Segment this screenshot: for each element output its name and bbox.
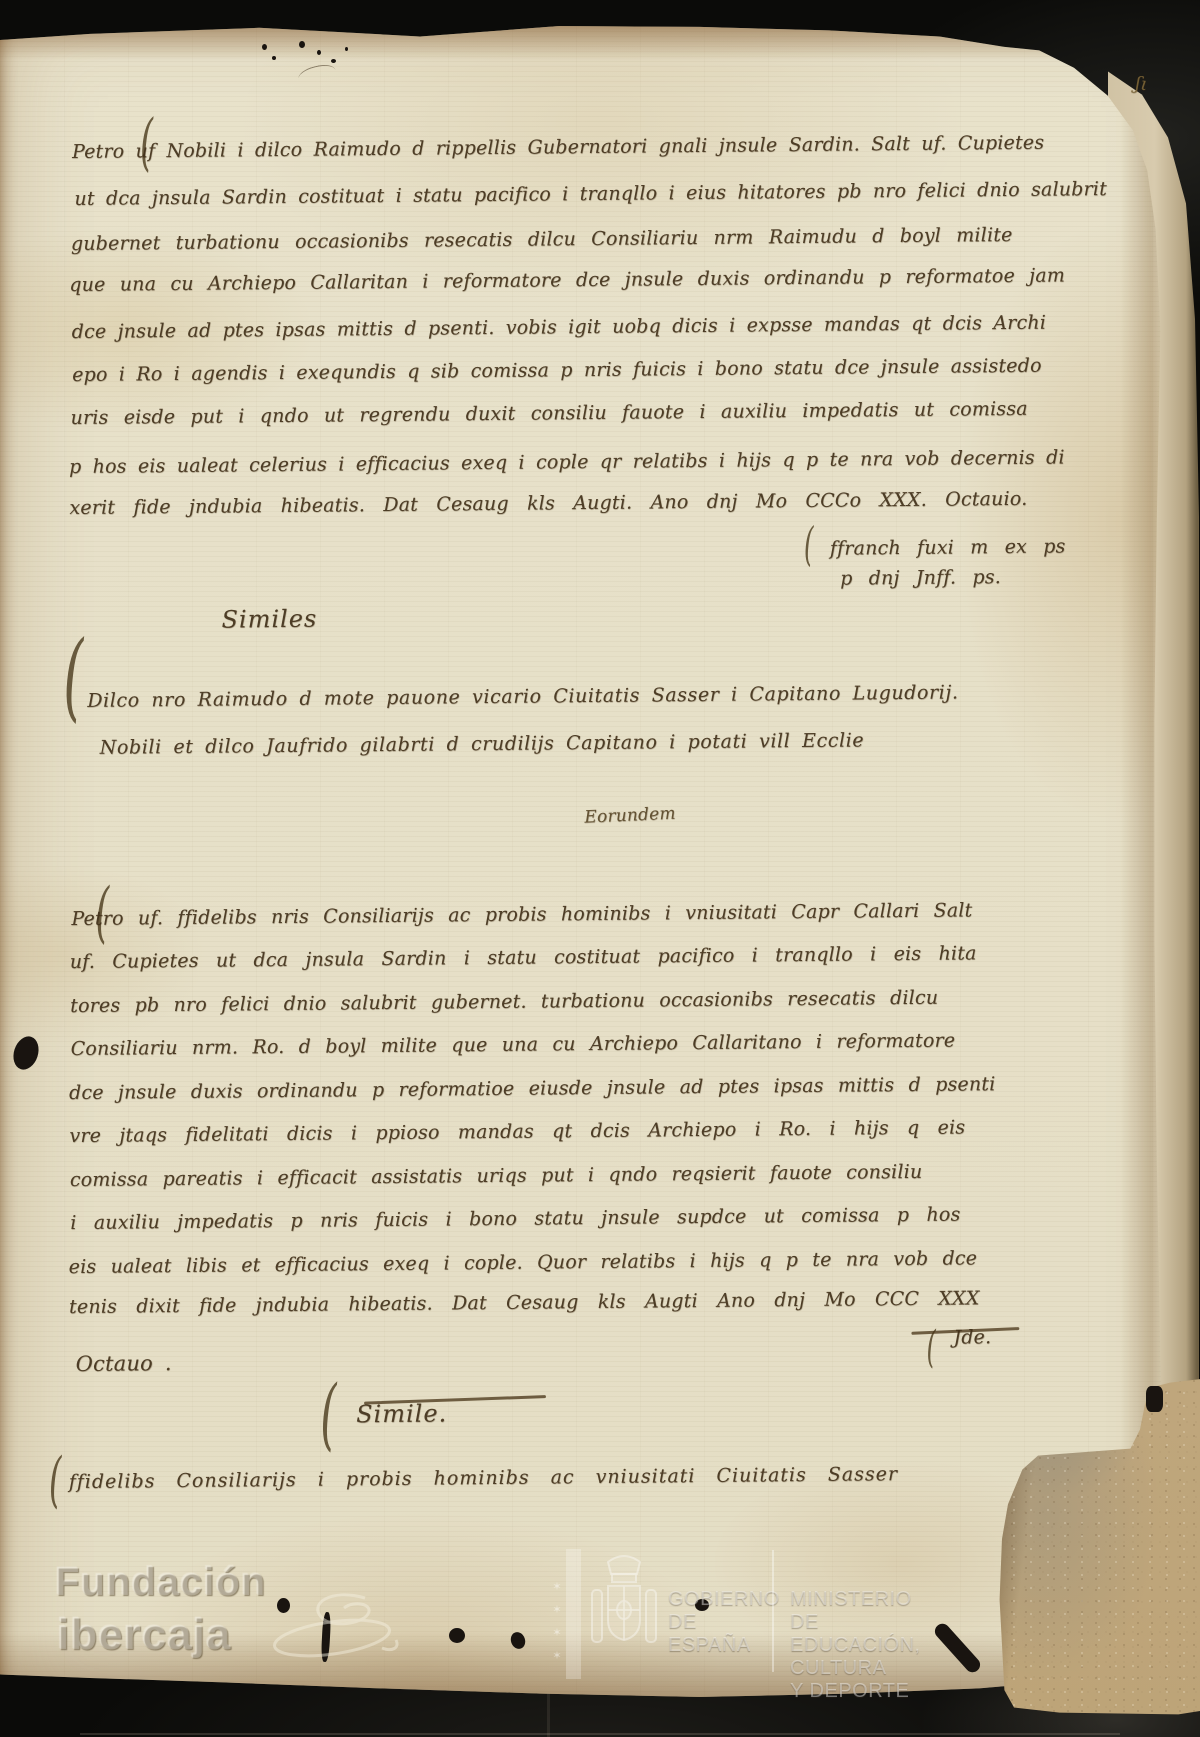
letter2-line: uf. Cupietes ut dca jnsula Sardin i stat… [70,938,977,977]
photo-frame: ( Petro uf Nobili i dilco Raimudo d ripp… [0,0,1200,1737]
letter2-line: vre jtaqs fidelitati dicis i ppioso mand… [69,1112,965,1151]
chancery-signature-line2: p dnj Jnff. ps. [840,562,1001,594]
letter1-line: que una cu Archiepo Callaritan i reforma… [69,260,1065,300]
letter2-carry-word: Octauo . [76,1348,172,1379]
address-line: Nobili et dilco Jaufrido gilabrti d crud… [100,725,865,762]
chancery-signature-line1: ffranch fuxi m ex ps [830,531,1066,563]
ministerio-line2: DE EDUCACIÓN, CULTURA [790,1611,921,1680]
letter1-line: gubernet turbationu occasionibs resecati… [71,220,1013,259]
letter2-line: Consiliariu nrm. Ro. d boyl milite que u… [70,1026,955,1064]
letter2-line: i auxiliu jmpedatis p nris fuicis i bono… [70,1200,960,1239]
gobierno-line1: GOBIERNO [668,1588,780,1611]
spain-coat-of-arms-icon [588,1552,660,1660]
letter2-line: Petro uf. ffidelibs nris Consiliarijs ac… [71,895,972,934]
letter1-line: uris eisde put i qndo ut regrendu duxit … [70,394,1027,433]
letter1-line: epo i Ro i agendis i exequndis q sib com… [72,351,1042,390]
letter1-line: p hos eis ualeat celerius i efficacius e… [69,442,1065,482]
ibercaja-emblem-icon [270,1586,420,1670]
letter2-line: tores pb nro felici dnio salubrit gubern… [70,983,938,1021]
similis-heading: Simile. [356,1398,447,1429]
flag-stars-icon: ✶✶✶✶ [550,1576,564,1668]
letter2-line: comissa pareatis i efficacit assistatis … [70,1157,923,1195]
address-line: Dilco nro Raimudo d mote pauone vicario … [87,677,959,715]
letter2-line: dce jnsule duxis ordinandu p reformatioe… [69,1069,996,1108]
ministerio-line1: MINISTERIO [790,1588,921,1611]
similis-flourish: ( [320,1375,337,1453]
gobierno-line2: DE ESPAÑA [668,1611,780,1657]
ink-dot [449,1628,465,1643]
ibercaja-watermark-line1: Fundación [55,1560,266,1605]
folio-mark: ʃι [1134,69,1150,100]
letter1-line: dce jnsule ad ptes ipsas mittis d psenti… [72,308,1047,347]
paragraph-flourish: ( [48,1450,61,1510]
letter1-line: Petro uf Nobili i dilco Raimudo d rippel… [72,128,1045,167]
spain-flag-ribbon-icon [566,1549,581,1679]
ibercaja-watermark-line2: ibercaja [57,1610,231,1660]
ministerio-line3: Y DEPORTE [790,1680,921,1703]
letter3-opening-line: ffidelibs Consiliarijs i probis hominibs… [69,1459,899,1497]
letter1-line: ut dca jnsula Sardin costituat i statu p… [74,174,1107,214]
ministerio-text: MINISTERIO DE EDUCACIÓN, CULTURA Y DEPOR… [790,1588,921,1703]
letter2-line: eis ualeat libis et efficacius exeq i co… [69,1243,978,1282]
signature-flourish: ( [804,521,814,567]
patch-top-notch [1146,1386,1163,1412]
letter1-line: xerit fide jndubia hibeatis. Dat Cesaug … [69,484,1027,523]
idem-mark: Jde. [953,1322,991,1352]
gobierno-text: GOBIERNO DE ESPAÑA [668,1588,780,1657]
address-flourish: ( [63,628,85,724]
eorundem-heading: Eorundem [584,799,677,833]
logo-divider [772,1550,774,1672]
letter2-line: tenis dixit fide jndubia hibeatis. Dat C… [69,1283,980,1322]
similes-heading: Similes [221,604,317,635]
